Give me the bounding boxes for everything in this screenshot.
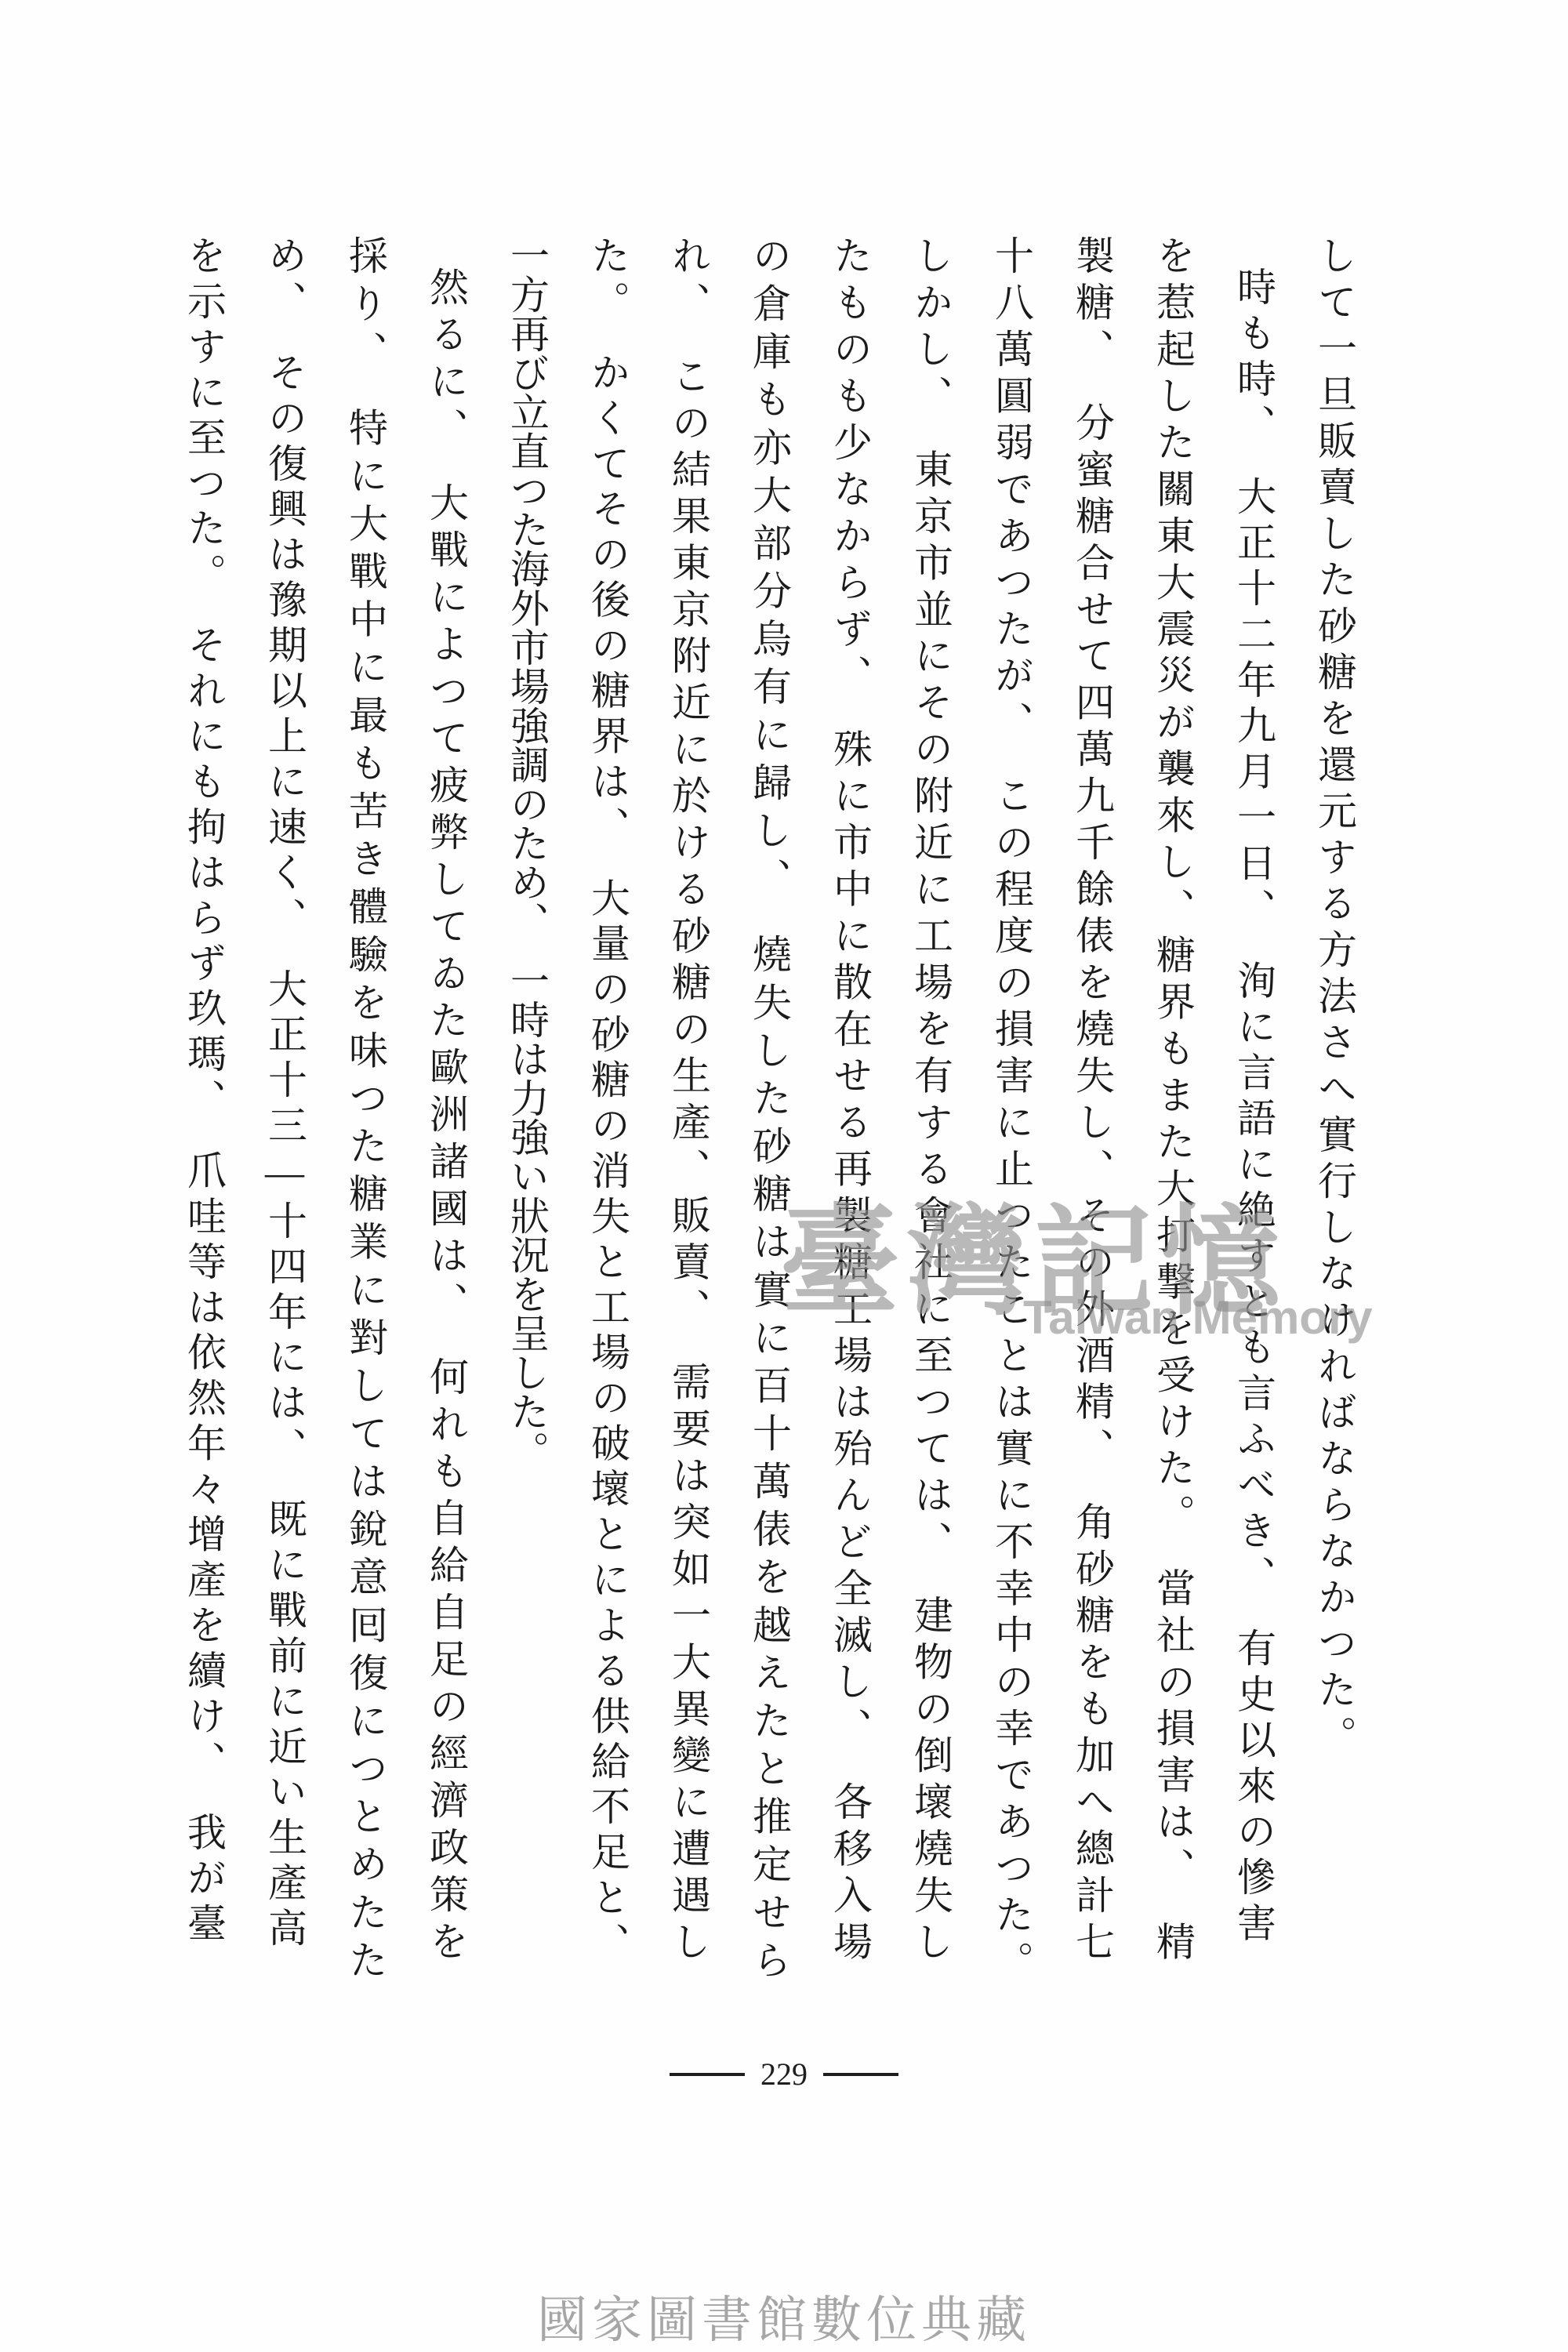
page-number: 229 — [0, 2056, 1568, 2092]
text-column: して一旦販賣した砂糖を還元する方法さへ實行しなければならなかつた。 — [1295, 235, 1374, 2007]
text-column: 然るに、 大戰によつて疲弊してゐた歐洲諸國は、 何れも自給自足の經濟政策を — [407, 267, 485, 2007]
text-column: 十八萬圓弱であつたが、 この程度の損害に止つたことは實に不幸中の幸であつた。 — [972, 235, 1051, 2007]
text-column: れ、 この結果東京附近に於ける砂糖の生產、販賣、 需要は突如一大異變に遭遇し — [649, 235, 728, 2007]
text-column: 製糖、 分蜜糖合せて四萬九千餘俵を燒失し、その外酒精、 角砂糖をも加へ總計七 — [1053, 235, 1131, 2007]
text-column: しかし、 東京市並にその附近に工場を有する會社に至つては、 建物の倒壞燒失し — [891, 235, 970, 2007]
text-column: 時も時、 大正十二年九月一日、 洵に言語に絶すとも言ふべき、 有史以來の慘害 — [1214, 267, 1293, 2007]
text-column: を示すに至つた。 それにも拘はらず玖瑪、 爪哇等は依然年々增產を續け、 我が臺 — [165, 235, 243, 2007]
page-number-right-rule — [823, 2073, 898, 2076]
text-column: 一方再び立直つた海外市場強調のため、 一時は力強い狀況を呈した。 — [488, 235, 566, 2007]
text-column: 採り、 特に大戰中に最も苦き體驗を味つた糖業に對しては銳意囘復につとめたた — [326, 235, 405, 2007]
library-watermark: 國家圖書館數位典藏 — [0, 2280, 1568, 2352]
text-column: たものも少なからず、 殊に市中に散在せる再製糖工場は殆んど全滅し、 各移入場 — [811, 235, 889, 2007]
page-number-value: 229 — [760, 2056, 808, 2092]
text-column: め、 その復興は豫期以上に速く、 大正十三―十四年には、 既に戰前に近い生產高 — [245, 235, 324, 2007]
text-column: の倉庫も亦大部分烏有に歸し、 燒失した砂糖は實に百十萬俵を越えたと推定せら — [730, 235, 808, 2007]
page-number-left-rule — [670, 2073, 745, 2076]
scanned-document-page: して一旦販賣した砂糖を還元する方法さへ實行しなければならなかつた。時も時、 大正… — [0, 0, 1568, 2352]
text-column: た。 かくてその後の糖界は、 大量の砂糖の消失と工場の破壞とによる供給不足と、 — [568, 235, 647, 2007]
text-column: を惹起した關東大震災が襲來し、糖界もまた大打撃を受けた。 當社の損害は、 精 — [1134, 235, 1212, 2007]
